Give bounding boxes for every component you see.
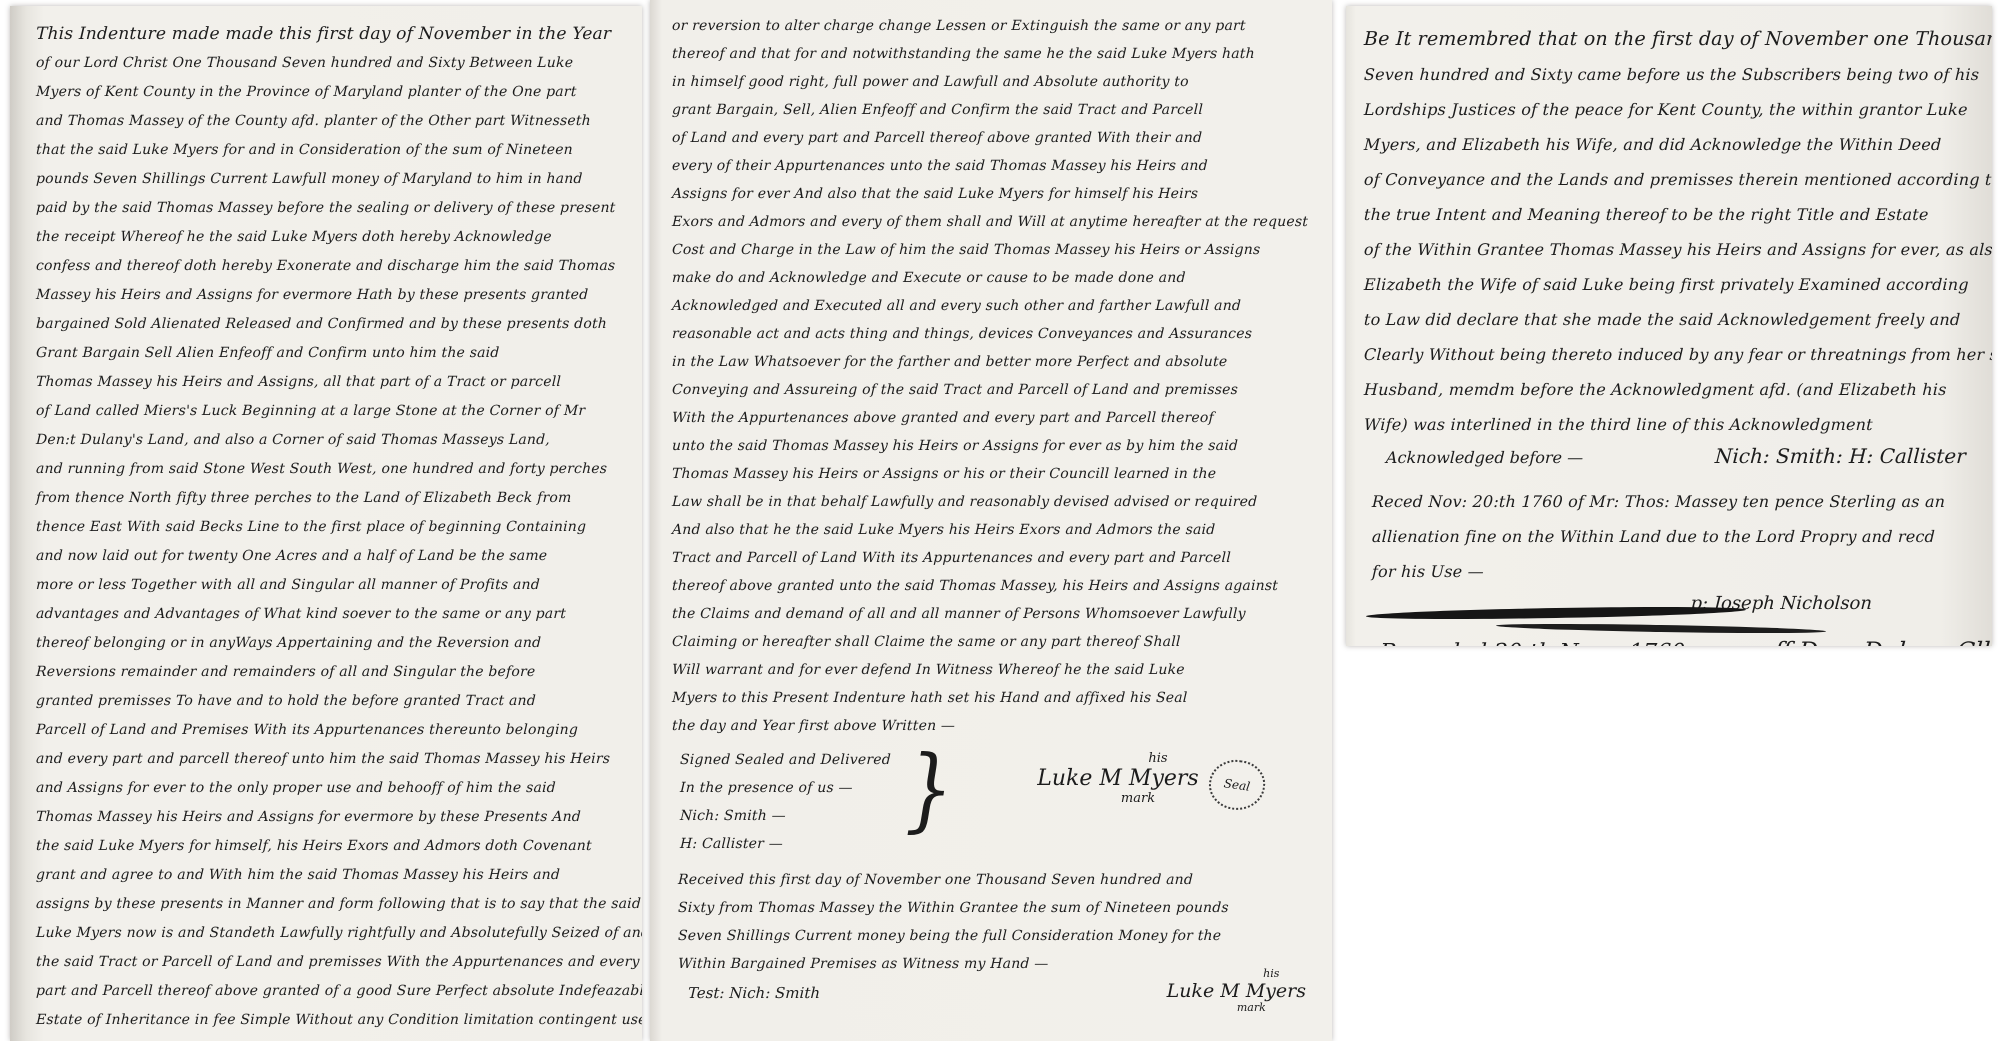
manuscript-line: allienation fine on the Within Land due … <box>1371 519 1982 554</box>
attestation-witness-lines: Signed Sealed and DeliveredIn the presen… <box>680 746 891 858</box>
manuscript-line: grant Bargain, Sell, Alien Enfeoff and C… <box>672 96 1323 124</box>
manuscript-line: Myers, and Elizabeth his Wife, and did A… <box>1363 127 1982 162</box>
fee-note-text: Reced Nov: 20:th 1760 of Mr: Thos: Masse… <box>1372 484 1982 589</box>
manuscript-line: Massey his Heirs and Assigns for evermor… <box>35 281 634 310</box>
manuscript-line: Husband, memdm before the Acknowledgment… <box>1363 372 1982 407</box>
manuscript-line: of the Within Grantee Thomas Massey his … <box>1363 232 1982 267</box>
manuscript-line: of our Lord Christ One Thousand Seven hu… <box>35 49 634 78</box>
acknowledgment-row: Acknowledged before — Nich: Smith: H: Ca… <box>1346 442 1992 468</box>
page-3-text: Be It remembred that on the first day of… <box>1346 6 1992 442</box>
manuscript-line: the Claims and demand of all and all man… <box>672 600 1323 628</box>
page-2-text: or reversion to alter charge change Less… <box>650 0 1332 740</box>
manuscript-line: Den:t Dulany's Land, and also a Corner o… <box>35 426 634 455</box>
manuscript-line: Sixty from Thomas Massey the Within Gran… <box>678 894 1323 922</box>
manuscript-line: make do and Acknowledge and Execute or c… <box>672 264 1323 292</box>
manuscript-line: assigns by these presents in Manner and … <box>35 890 634 919</box>
manuscript-line: pounds Seven Shillings Current Lawfull m… <box>35 165 634 194</box>
manuscript-line: reasonable act and acts thing and things… <box>672 320 1323 348</box>
manuscript-line: Assigns for ever And also that the said … <box>672 180 1323 208</box>
manuscript-line: from thence North fifty three perches to… <box>35 484 634 513</box>
manuscript-line: of Land called Miers's Luck Beginning at… <box>35 397 634 426</box>
receipt-block: Received this first day of November one … <box>650 858 1332 1008</box>
manuscript-line: the day and Year first above Written — <box>672 712 1323 740</box>
signature-mark-label: mark <box>1197 1002 1306 1014</box>
receipt-text: Received this first day of November one … <box>678 866 1322 978</box>
manuscript-line: to Law did declare that she made the sai… <box>1363 302 1982 337</box>
manuscript-line: every of their Appurtenances unto the sa… <box>672 152 1323 180</box>
manuscript-line: Thomas Massey his Heirs and Assigns, all… <box>35 368 634 397</box>
receipt-signature: his Luke M Myers mark <box>1167 968 1306 1014</box>
manuscript-line: more or less Together with all and Singu… <box>35 571 634 600</box>
manuscript-line: Wife) was interlined in the third line o… <box>1363 407 1982 442</box>
manuscript-line: With the Appurtenances above granted and… <box>672 404 1323 432</box>
deed-page-3: Be It remembred that on the first day of… <box>1346 6 1992 646</box>
manuscript-scan: This Indenture made made this first day … <box>0 0 2000 1041</box>
manuscript-line: Estate of Inheritance in fee Simple With… <box>35 1006 634 1035</box>
manuscript-line: bargained Sold Alienated Released and Co… <box>35 310 634 339</box>
manuscript-line: thereof and that for and notwithstanding… <box>672 40 1323 68</box>
deed-page-1: This Indenture made made this first day … <box>10 6 642 1041</box>
recorded-date: Recorded 20:th Novr: 1760 — <box>1380 640 1715 646</box>
manuscript-line: and every part and parcell thereof unto … <box>35 745 634 774</box>
brace-mark: } <box>905 737 953 840</box>
manuscript-line: Nich: Smith — <box>680 802 892 830</box>
wax-seal-icon: Seal <box>1206 756 1268 813</box>
grantor-signature: his Luke M Myers mark <box>1037 752 1198 806</box>
manuscript-line: advantages and Advantages of What kind s… <box>35 600 634 629</box>
signature-name: Luke M Myers <box>1167 980 1306 1002</box>
manuscript-line: Myers to this Present Indenture hath set… <box>672 684 1323 712</box>
recorded-row: Recorded 20:th Novr: 1760 — ff Den: Dula… <box>1346 619 1992 646</box>
manuscript-line: In the presence of us — <box>680 774 892 802</box>
signature-his-label: his <box>1237 968 1306 980</box>
manuscript-line: Exors and Admors and every of them shall… <box>672 208 1323 236</box>
manuscript-line: Seven Shillings Current money being the … <box>678 922 1323 950</box>
manuscript-line: of Land and every part and Parcell there… <box>672 124 1323 152</box>
manuscript-line: for his Use — <box>1371 554 1982 589</box>
signature-name: Luke M Myers <box>1037 766 1198 792</box>
manuscript-line: Thomas Massey his Heirs and Assigns for … <box>35 803 634 832</box>
manuscript-line: the receipt Whereof he the said Luke Mye… <box>35 223 634 252</box>
manuscript-line: Clearly Without being thereto induced by… <box>1363 337 1982 372</box>
manuscript-line: Claiming or hereafter shall Claime the s… <box>672 628 1323 656</box>
manuscript-line: Acknowledged and Executed all and every … <box>672 292 1323 320</box>
manuscript-line: part and Parcell thereof above granted o… <box>35 977 634 1006</box>
manuscript-line: and Assigns for ever to the only proper … <box>35 774 634 803</box>
manuscript-line: in the Law Whatsoever for the farther an… <box>672 348 1323 376</box>
manuscript-line: Be It remembred that on the first day of… <box>1363 22 1982 57</box>
manuscript-line: Parcell of Land and Premises With its Ap… <box>35 716 634 745</box>
seal-label: Seal <box>1223 776 1251 794</box>
page-1-text: This Indenture made made this first day … <box>10 6 642 1035</box>
manuscript-line: paid by the said Thomas Massey before th… <box>35 194 634 223</box>
manuscript-line: of Conveyance and the Lands and premisse… <box>1363 162 1982 197</box>
manuscript-line: H: Callister — <box>680 830 892 858</box>
manuscript-line: that the said Luke Myers for and in Cons… <box>35 136 634 165</box>
manuscript-line: Luke Myers now is and Standeth Lawfully … <box>35 919 634 948</box>
manuscript-line: the said Tract or Parcell of Land and pr… <box>35 948 634 977</box>
manuscript-line: grant and agree to and With him the said… <box>35 861 634 890</box>
manuscript-line: Tract and Parcell of Land With its Appur… <box>672 544 1323 572</box>
manuscript-line: granted premisses To have and to hold th… <box>35 687 634 716</box>
manuscript-line: Cost and Charge in the Law of him the sa… <box>672 236 1323 264</box>
manuscript-line: And also that he the said Luke Myers his… <box>672 516 1323 544</box>
manuscript-line: unto the said Thomas Massey his Heirs or… <box>672 432 1323 460</box>
manuscript-line: thereof above granted unto the said Thom… <box>672 572 1323 600</box>
manuscript-line: Thomas Massey his Heirs or Assigns or hi… <box>672 460 1323 488</box>
acknowledged-before-label: Acknowledged before — <box>1386 448 1584 467</box>
signature-mark-label: mark <box>1077 792 1198 806</box>
manuscript-line: Grant Bargain Sell Alien Enfeoff and Con… <box>35 339 634 368</box>
manuscript-line: or reversion to alter charge change Less… <box>672 12 1323 40</box>
signature-his-label: his <box>1117 752 1198 766</box>
manuscript-line: and now laid out for twenty One Acres an… <box>35 542 634 571</box>
manuscript-line: This Indenture made made this first day … <box>35 20 634 49</box>
manuscript-line: Myers of Kent County in the Province of … <box>35 78 634 107</box>
manuscript-line: and running from said Stone West South W… <box>35 455 634 484</box>
manuscript-line: Signed Sealed and Delivered <box>680 746 892 774</box>
manuscript-line: in himself good right, full power and La… <box>672 68 1323 96</box>
manuscript-line: thence East With said Becks Line to the … <box>35 513 634 542</box>
manuscript-line: and Thomas Massey of the County afd. pla… <box>35 107 634 136</box>
alienation-fee-note: Reced Nov: 20:th 1760 of Mr: Thos: Masse… <box>1346 468 1992 619</box>
manuscript-line: Elizabeth the Wife of said Luke being fi… <box>1363 267 1982 302</box>
manuscript-line: Law shall be in that behalf Lawfully and… <box>672 488 1323 516</box>
manuscript-line: Seven hundred and Sixty came before us t… <box>1363 57 1982 92</box>
manuscript-line: Received this first day of November one … <box>678 866 1323 894</box>
manuscript-line: Reversions remainder and remainders of a… <box>35 658 634 687</box>
manuscript-line: the said Luke Myers for himself, his Hei… <box>35 832 634 861</box>
manuscript-line: Will warrant and for ever defend In Witn… <box>672 656 1323 684</box>
manuscript-line: the true Intent and Meaning thereof to b… <box>1363 197 1982 232</box>
manuscript-line: confess and thereof doth hereby Exonerat… <box>35 252 634 281</box>
attestation-block: Signed Sealed and DeliveredIn the presen… <box>650 740 1332 858</box>
manuscript-line: Lordships Justices of the peace for Kent… <box>1363 92 1982 127</box>
manuscript-line: Conveying and Assureing of the said Trac… <box>672 376 1323 404</box>
manuscript-line: thereof belonging or in anyWays Appertai… <box>35 629 634 658</box>
deed-page-2: or reversion to alter charge change Less… <box>650 0 1332 1041</box>
justices-signatures: Nich: Smith: H: Callister <box>1715 444 1967 468</box>
manuscript-line: Reced Nov: 20:th 1760 of Mr: Thos: Masse… <box>1371 484 1982 519</box>
clerk-signature: ff Den: Dulany Clk <box>1773 637 1992 646</box>
